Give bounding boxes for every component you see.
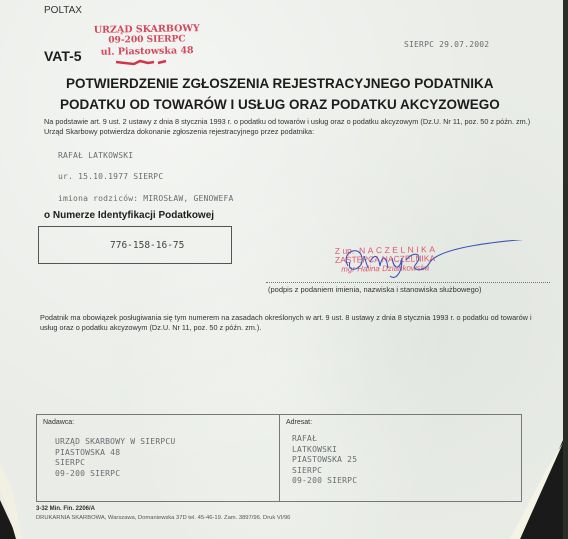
printer-info: DRUKARNIA SKARBOWA, Warszawa, Domaniewsk… [36, 515, 290, 521]
document-title-line1: POTWIERDZENIE ZGŁOSZENIA REJESTRACYJNEGO… [66, 76, 494, 91]
recipient-line: 09-200 SIERPC [292, 476, 357, 487]
nip-label: o Numerze Identyfikacji Podatkowej [44, 210, 214, 221]
recipient-address: RAFAŁ LATKOWSKI PIASTOWSKA 25 SIERPC 09-… [292, 434, 357, 487]
office-stamp: URZĄD SKARBOWY 09-200 SIERPC ul. Piastow… [94, 23, 201, 58]
recipient-line: LATKOWSKI [292, 445, 357, 456]
place-date: SIERPC 29.07.2002 [404, 40, 489, 49]
notice-paragraph: Podatnik ma obowiązek posługiwania się t… [40, 313, 540, 333]
recipient-line: SIERPC [292, 466, 357, 477]
sender-line: URZĄD SKARBOWY W SIERPCU [55, 437, 175, 448]
sender-line: PIASTOWSKA 48 [55, 448, 175, 459]
recipient-line: PIASTOWSKA 25 [292, 455, 357, 466]
sender-section: Nadawca: URZĄD SKARBOWY W SIERPCU PIASTO… [37, 415, 280, 501]
signature-line [266, 282, 550, 283]
taxpayer-parents: imiona rodziców: MIROSŁAW, GENOWEFA [58, 194, 234, 203]
nip-value: 776-158-16-75 [110, 240, 184, 251]
form-number: 3-32 Min. Fin. 2206/A [36, 506, 95, 512]
office-stamp-line3: ul. Piastowska 48 [94, 45, 200, 58]
sender-label: Nadawca: [43, 419, 74, 426]
document-title-line2: PODATKU OD TOWARÓW I USŁUG ORAZ PODATKU … [60, 97, 500, 112]
scan-edge [563, 0, 568, 539]
recipient-label: Adresat: [286, 419, 312, 426]
recipient-section: Adresat: RAFAŁ LATKOWSKI PIASTOWSKA 25 S… [280, 415, 521, 501]
sender-line: SIERPC [55, 458, 175, 469]
address-box: Nadawca: URZĄD SKARBOWY W SIERPCU PIASTO… [36, 414, 522, 502]
stamp-scribble-icon [114, 58, 168, 66]
taxpayer-name: RAFAŁ LATKOWSKI [58, 151, 133, 160]
form-code: VAT-5 [44, 48, 82, 64]
intro-paragraph: Na podstawie art. 9 ust. 2 ustawy z dnia… [44, 117, 544, 136]
taxpayer-birth: ur. 15.10.1977 SIERPC [58, 172, 163, 181]
publisher-label: POLTAX [44, 5, 82, 16]
signature-caption: (podpis z podaniem imienia, nazwiska i s… [268, 285, 481, 294]
sender-line: 09-200 SIERPC [55, 469, 175, 480]
sender-address: URZĄD SKARBOWY W SIERPCU PIASTOWSKA 48 S… [55, 437, 175, 479]
recipient-line: RAFAŁ [292, 434, 357, 445]
